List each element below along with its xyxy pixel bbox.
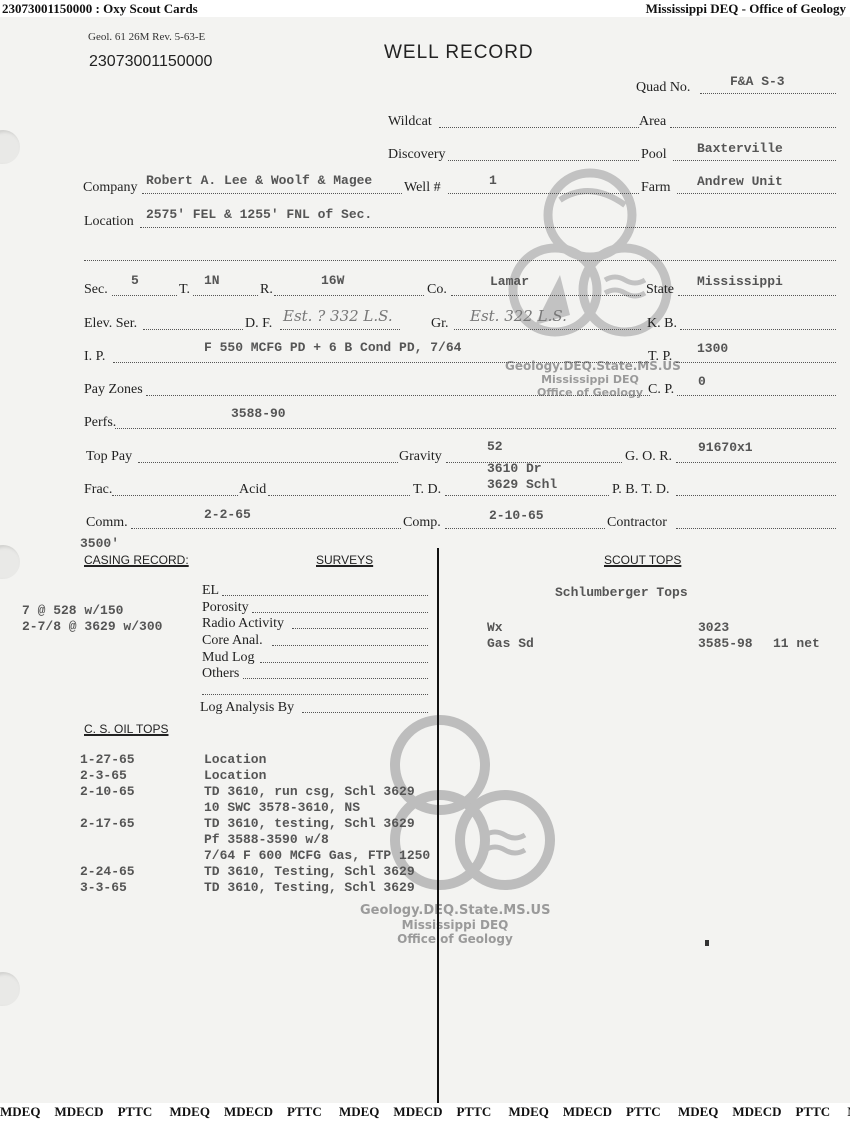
header-bar: 23073001150000 : Oxy Scout Cards Mississ…: [0, 0, 850, 17]
cp-label: C. P.: [648, 382, 674, 398]
location-value: 2575' FEL & 1255' FNL of Sec.: [146, 207, 372, 222]
pool-value: Baxterville: [697, 141, 783, 156]
ip-label: I. P.: [84, 349, 105, 365]
list-item: 2-10-65TD 3610, run csg, Schl 3629: [80, 784, 430, 800]
scout-tops-header: SCOUT TOPS: [604, 553, 681, 567]
range-value: 16W: [321, 273, 344, 288]
survey-others: Others: [202, 666, 239, 682]
gr-value: Est. 322 L.S.: [470, 307, 567, 325]
elev-ser-label: Elev. Ser.: [84, 316, 137, 332]
list-item: 2-24-65TD 3610, Testing, Schl 3629: [80, 864, 430, 880]
gravity-value: 52: [487, 439, 503, 454]
oil-tops-list: 1-27-65Location 2-3-65Location 2-10-65TD…: [80, 752, 430, 896]
td-value-driller: 3610 Dr: [487, 461, 542, 476]
document-id-title: 23073001150000 : Oxy Scout Cards: [2, 1, 198, 17]
scout-top-depth-2: 3585-98: [698, 636, 753, 652]
footer-bar: MDEQMDECDPTTC MDEQMDECDPTTC MDEQMDECDPTT…: [0, 1104, 850, 1125]
list-item: 2-17-65TD 3610, testing, Schl 3629: [80, 816, 430, 832]
comp-value: 2-10-65: [489, 508, 544, 523]
page-title: WELL RECORD: [384, 42, 534, 64]
casing-line-2: 2-7/8 @ 3629 w/300: [22, 619, 162, 635]
state-value: Mississippi: [697, 274, 783, 289]
casing-record-header: CASING RECORD:: [84, 553, 189, 567]
watermark-text-lower: Geology.DEQ.State.MS.US Mississippi DEQ …: [360, 903, 550, 946]
scout-top-name-1: Wx: [487, 620, 503, 636]
pay-zones-label: Pay Zones: [84, 382, 143, 398]
quad-no-label: Quad No.: [636, 80, 690, 96]
df-value: Est. ? 332 L.S.: [283, 307, 393, 325]
range-label: R.: [260, 282, 273, 298]
api-number: 23073001150000: [89, 53, 212, 71]
location-label: Location: [84, 214, 134, 230]
list-item: Pf 3588-3590 w/8: [80, 832, 430, 848]
kb-label: K. B.: [647, 316, 677, 332]
quad-no-value: F&A S-3: [730, 74, 785, 89]
area-label: Area: [639, 114, 666, 130]
agency-title: Mississippi DEQ - Office of Geology: [646, 1, 846, 17]
gor-label: G. O. R.: [625, 449, 672, 465]
list-item: 1-27-65Location: [80, 752, 430, 768]
township-value: 1N: [204, 273, 220, 288]
column-divider: [437, 548, 439, 1103]
pbtd-label: P. B. T. D.: [612, 482, 669, 498]
farm-value: Andrew Unit: [697, 174, 783, 189]
survey-radio-activity: Radio Activity: [202, 616, 284, 632]
survey-core-anal: Core Anal.: [202, 633, 263, 649]
ip-value: F 550 MCFG PD + 6 B Cond PD, 7/64: [204, 340, 461, 355]
company-label: Company: [83, 180, 137, 196]
list-item: 7/64 F 600 MCFG Gas, FTP 1250: [80, 848, 430, 864]
survey-el: EL: [202, 583, 219, 599]
comp-label: Comp.: [403, 515, 441, 531]
county-value: Lamar: [490, 274, 529, 289]
gravity-label: Gravity: [399, 449, 442, 465]
township-label: T.: [179, 282, 190, 298]
df-label: D. F.: [245, 316, 272, 332]
county-label: Co.: [427, 282, 447, 298]
comm-label: Comm.: [86, 515, 128, 531]
scout-top-name-2: Gas Sd: [487, 636, 534, 652]
top-pay-label: Top Pay: [86, 449, 132, 465]
company-value: Robert A. Lee & Woolf & Magee: [146, 173, 372, 188]
frac-label: Frac.: [84, 482, 112, 498]
td-label: T. D.: [413, 482, 441, 498]
tp-value: 1300: [697, 341, 728, 356]
survey-porosity: Porosity: [202, 600, 249, 616]
scout-tops-subheader: Schlumberger Tops: [555, 585, 688, 600]
surveys-header: SURVEYS: [316, 553, 373, 567]
list-item: 10 SWC 3578-3610, NS: [80, 800, 430, 816]
oil-tops-header: C. S. OIL TOPS: [84, 722, 168, 736]
gor-value: 91670x1: [698, 440, 753, 455]
sec-value: 5: [131, 273, 139, 288]
survey-mud-log: Mud Log: [202, 650, 255, 666]
td-value-schlumberger: 3629 Schl: [487, 477, 557, 492]
discovery-label: Discovery: [388, 147, 446, 163]
sec-label: Sec.: [84, 282, 108, 298]
well-no-value: 1: [489, 173, 497, 188]
gr-label: Gr.: [431, 316, 449, 332]
casing-line-1: 7 @ 528 w/150: [22, 603, 123, 619]
perfs-label: Perfs.: [84, 415, 116, 431]
cp-value: 0: [698, 374, 706, 389]
well-no-label: Well #: [404, 180, 441, 196]
pool-label: Pool: [641, 147, 667, 163]
contractor-label: Contractor: [607, 515, 667, 531]
casing-note: 3500': [80, 536, 119, 551]
form-number: Geol. 61 26M Rev. 5-63-E: [88, 31, 205, 43]
farm-label: Farm: [641, 180, 671, 196]
wildcat-label: Wildcat: [388, 114, 432, 130]
ink-mark: [705, 940, 709, 946]
scout-top-depth-1: 3023: [698, 620, 729, 636]
tp-label: T. P.: [648, 349, 672, 365]
scout-top-note-2: 11 net: [773, 636, 820, 652]
log-analysis-by-label: Log Analysis By: [200, 700, 294, 716]
list-item: 2-3-65Location: [80, 768, 430, 784]
acid-label: Acid: [239, 482, 266, 498]
comm-value: 2-2-65: [204, 507, 251, 522]
perfs-value: 3588-90: [231, 406, 286, 421]
state-label: State: [646, 282, 674, 298]
list-item: 3-3-65TD 3610, Testing, Schl 3629: [80, 880, 430, 896]
